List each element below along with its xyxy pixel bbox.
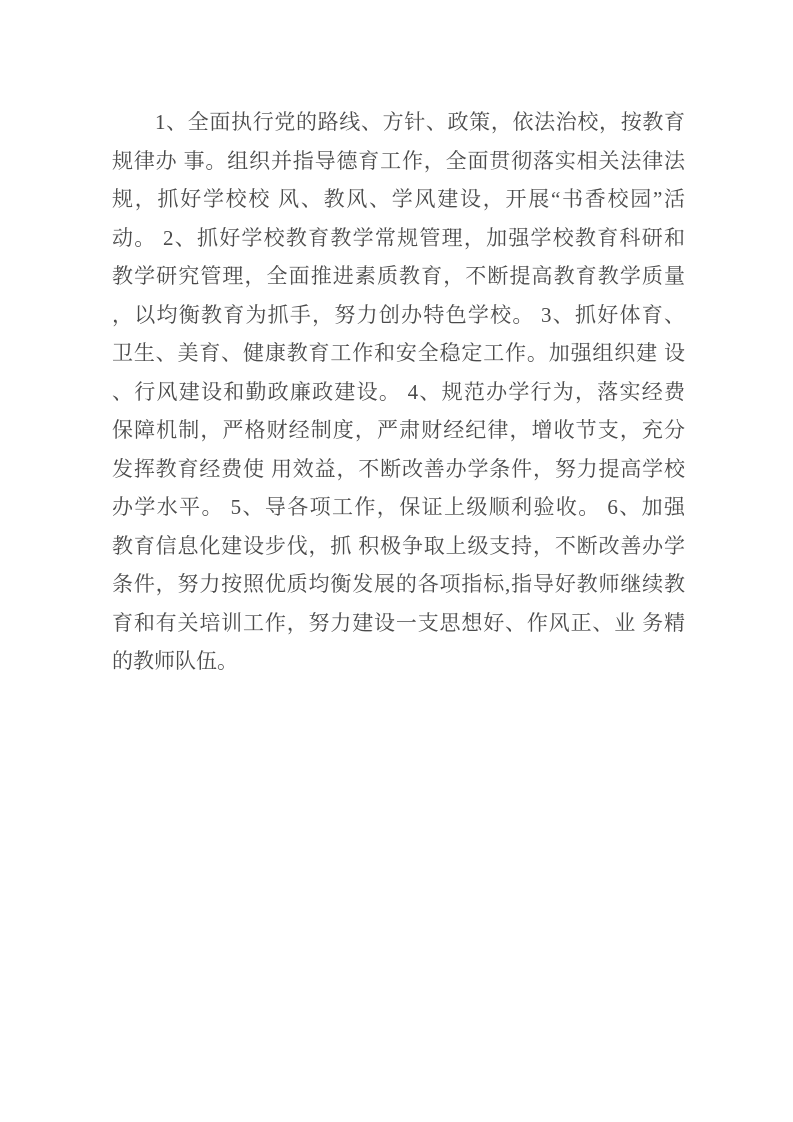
paragraph-line: 卫生、美育、健康教育工作和安全稳定工作。加强组织建 设: [112, 334, 685, 373]
paragraph-line: 办学水平。 5、导各项工作，保证上级顺利验收。 6、加强: [112, 488, 685, 527]
paragraph-line: 教学研究管理，全面推进素质教育，不断提高教育教学质量: [112, 257, 685, 296]
paragraph-line: 规，抓好学校校 风、教风、学风建设，开展“书香校园”活: [112, 180, 685, 219]
paragraph-line: ，以均衡教育为抓手，努力创办特色学校。 3、抓好体育、: [112, 296, 685, 335]
document-page: 1、全面执行党的路线、方针、政策，依法治校，按教育规律办 事。组织并指导德育工作…: [0, 0, 793, 1122]
paragraph: 1、全面执行党的路线、方针、政策，依法治校，按教育规律办 事。组织并指导德育工作…: [112, 103, 685, 681]
paragraph-line: 动。 2、抓好学校教育教学常规管理，加强学校教育科研和: [112, 219, 685, 258]
paragraph-line: 的教师队伍。: [112, 642, 685, 681]
paragraph-line: 育和有关培训工作，努力建设一支思想好、作风正、业 务精: [112, 604, 685, 643]
paragraph-line: 规律办 事。组织并指导德育工作，全面贯彻落实相关法律法: [112, 142, 685, 181]
paragraph-line: 1、全面执行党的路线、方针、政策，依法治校，按教育: [112, 103, 685, 142]
paragraph-line: 条件，努力按照优质均衡发展的各项指标,指导好教师继续教: [112, 565, 685, 604]
paragraph-line: 、行风建设和勤政廉政建设。 4、规范办学行为，落实经费: [112, 373, 685, 412]
paragraph-line: 发挥教育经费使 用效益，不断改善办学条件，努力提高学校: [112, 450, 685, 489]
paragraph-line: 教育信息化建设步伐，抓 积极争取上级支持，不断改善办学: [112, 527, 685, 566]
paragraph-line: 保障机制，严格财经制度，严肃财经纪律，增收节支，充分: [112, 411, 685, 450]
